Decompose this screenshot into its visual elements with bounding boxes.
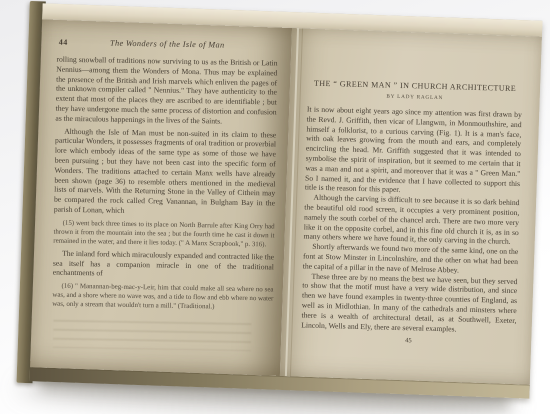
running-title: The Wonders of the Isle of Man: [57, 38, 278, 51]
left-footnote-15: (15) went back three times to its place …: [53, 218, 274, 249]
right-paragraph-4: These three are by no means the best we …: [301, 271, 517, 335]
page-block: 44 The Wonders of the Isle of Man rollin…: [30, 3, 543, 398]
left-paragraph-2: Although the Isle of Man must be non-sui…: [54, 126, 277, 218]
right-page: THE “ GREEN MAN ” IN CHURCH ARCHITECTURE…: [280, 28, 542, 385]
page-spread: 44 The Wonders of the Isle of Man rollin…: [30, 19, 542, 384]
left-paragraph-1: rolling snowball of traditions now survi…: [55, 55, 277, 127]
right-paragraph-2: Although the carving is difficult to see…: [303, 193, 519, 248]
left-paragraph-3: The inland ford which miraculously expan…: [53, 248, 274, 281]
showthrough-text-ghost: [53, 320, 251, 351]
left-page: 44 The Wonders of the Isle of Man rollin…: [30, 19, 292, 376]
book-photo-scene: 44 The Wonders of the Isle of Man rollin…: [0, 0, 550, 414]
open-book: 44 The Wonders of the Isle of Man rollin…: [30, 3, 543, 398]
left-footnote-16: (16) " Manannan-beg-mac-y-Leir, him that…: [52, 282, 273, 313]
left-running-head: 44 The Wonders of the Isle of Man: [57, 38, 278, 54]
right-paragraph-1: It is now about eight years ago since my…: [305, 105, 522, 199]
right-page-number: 45: [301, 335, 516, 348]
right-page-content: THE “ GREEN MAN ” IN CHURCH ARCHITECTURE…: [283, 28, 542, 382]
left-page-content: 44 The Wonders of the Isle of Man rollin…: [36, 19, 292, 371]
